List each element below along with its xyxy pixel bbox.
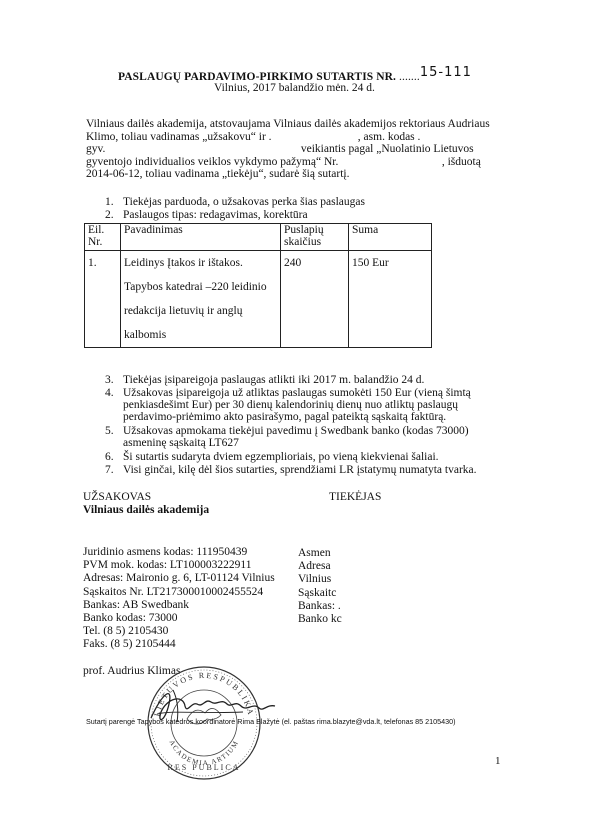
customer-detail: PVM mok. kodas: LT100003222911 [83,559,275,572]
supplier-label: TIEKĖJAS [329,491,381,503]
intro-line: gyv. veikiantis pagal „Nuolatinio Lietuv… [86,143,526,156]
supplier-detail: Sąskaitc [298,587,346,600]
customer-detail: Bankas: AB Swedbank [83,599,275,612]
title-number-dots: ....... [399,71,420,83]
header-name: Pavadinimas [121,224,281,251]
clause-number: 3. [105,374,114,386]
clause-text: Tiekėjas parduoda, o užsakovas perka šia… [123,196,365,208]
customer-detail: Juridinio asmens kodas: 111950439 [83,546,275,559]
supplier-detail: Vilnius [298,573,346,586]
customer-details: Juridinio asmens kodas: 111950439 PVM mo… [83,546,275,652]
table-header-row: Eil. Nr. Pavadinimas Puslapių skaičius S… [85,224,432,251]
intro-line: Klimo, toliau vadinamas „užsakovu“ ir . … [86,131,526,144]
intro-line: Vilniaus dailės akademija, atstovaujama … [86,118,526,131]
clause-number: 2. [105,209,114,221]
cell-sum: 150 Eur [349,251,432,348]
customer-detail: Adresas: Maironio g. 6, LT-01124 Vilnius [83,572,275,585]
cell-nr: 1. [85,251,121,348]
services-table: Eil. Nr. Pavadinimas Puslapių skaičius S… [84,223,432,348]
intro-paragraph: Vilniaus dailės akademija, atstovaujama … [86,118,526,181]
customer-label: UŽSAKOVAS [83,491,151,503]
prepared-by-note: Sutartį parengė Tapybos katedros koordin… [86,717,456,726]
clause-number: 6. [105,451,114,463]
intro-line: gyventojo individualios veiklos vykdymo … [86,156,526,169]
supplier-detail: Banko kc [298,613,346,626]
clause-text: Paslaugos tipas: redagavimas, korektūra [123,209,308,221]
customer-detail: Banko kodas: 73000 [83,612,275,625]
customer-detail: Tel. (8 5) 2105430 [83,625,275,638]
clause-number: 1. [105,196,114,208]
header-nr: Eil. Nr. [85,224,121,251]
cell-pages: 240 [281,251,349,348]
clause-text: Tiekėjas įsipareigoja paslaugas atlikti … [123,374,424,386]
supplier-details: Asmen Adresa Vilnius Sąskaitc Bankas: . … [298,547,346,626]
clause-number: 7. [105,464,114,476]
svg-text:RES PUBLICA: RES PUBLICA [168,763,241,772]
customer-detail: Faks. (8 5) 2105444 [83,638,275,651]
header-sum: Suma [349,224,432,251]
clause-number: 5. [105,425,114,437]
page-number: 1 [495,755,501,767]
customer-name: Vilniaus dailės akademija [83,504,209,516]
supplier-detail: Asmen [298,547,346,560]
header-pages: Puslapių skaičius [281,224,349,251]
cell-name: Leidinys Įtakos ir ištakos. Tapybos kate… [121,251,281,348]
customer-detail: Sąskaitos Nr. LT217300010002455524 [83,586,275,599]
clause-text: Ši sutartis sudaryta dviem egzemplioriai… [123,451,439,463]
intro-line: 2014-06-12, toliau vadinama „tiekėju“, s… [86,168,526,181]
clause-text: Užsakovas apmokama tiekėjui pavedimu į S… [123,425,469,449]
clause-text: Visi ginčai, kilę dėl šios sutarties, sp… [123,464,477,476]
supplier-detail: Bankas: . [298,600,346,613]
supplier-detail: Adresa [298,560,346,573]
clause-number: 4. [105,387,114,399]
table-row: 1. Leidinys Įtakos ir ištakos. Tapybos k… [85,251,432,348]
clause-text: Užsakovas įsipareigoja už atliktas pasla… [123,387,471,424]
contract-number-handwritten: 15-111 [420,65,472,80]
place-date: Vilnius, 2017 balandžio mėn. 24 d. [214,82,375,94]
